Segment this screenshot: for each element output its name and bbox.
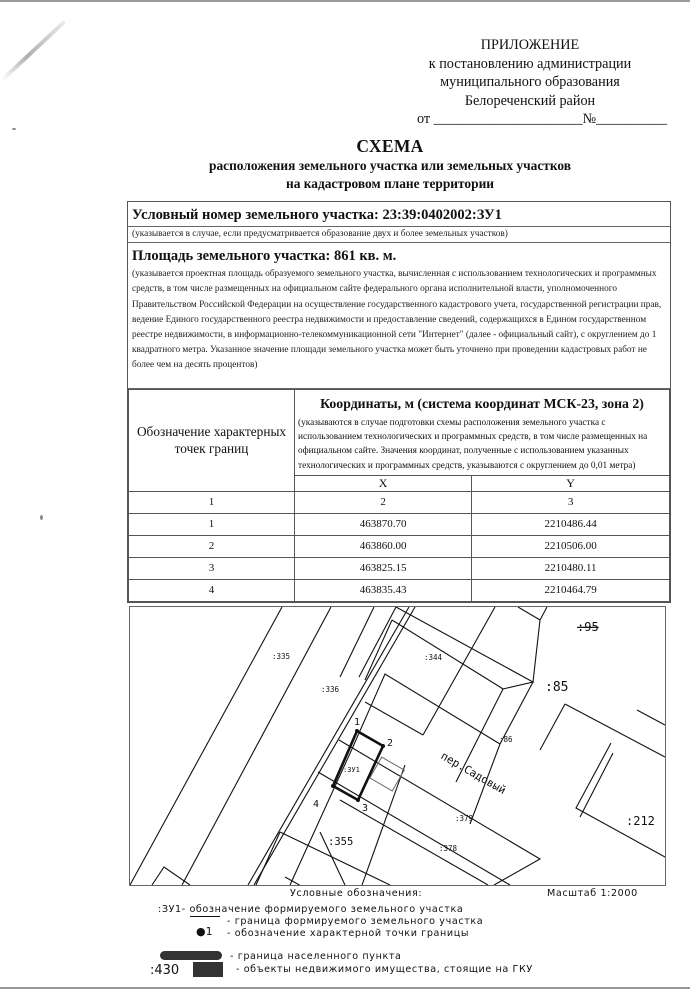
y-value: 2210506.00 (472, 535, 670, 557)
y-value: 2210464.79 (472, 579, 670, 601)
x-value: 463825.15 (295, 557, 472, 579)
title-main: СХЕМА (130, 136, 650, 156)
settlement-boundary-symbol (160, 951, 222, 960)
x-value: 463860.00 (295, 535, 472, 557)
objects-symbol-label: :430 (150, 963, 179, 978)
parcel-number-block: Условный номер земельного участка: 23:39… (128, 202, 670, 227)
scan-bottom-edge (0, 987, 690, 989)
point-number: 4 (129, 579, 295, 601)
label-parcel-86: :86 (499, 735, 513, 744)
point-symbol: ●1 (196, 925, 213, 938)
label-parcel-335: :335 (272, 652, 290, 661)
label-parcel-336: :336 (321, 685, 340, 694)
x-value: 463835.43 (295, 579, 472, 601)
table-row: 2 463860.00 2210506.00 (129, 535, 670, 557)
column-number: 2 (295, 491, 472, 513)
label-point-4: 4 (313, 799, 319, 810)
parcel-number-note-block: (указывается в случае, если предусматрив… (128, 227, 670, 243)
parcel-area: Площадь земельного участка: 861 кв. м. (132, 243, 666, 267)
number-sign: № (583, 111, 597, 127)
label-parcel-212: :212 (626, 814, 655, 828)
appendix-date-row: от _____________________№__________ (380, 110, 680, 129)
title-subtitle: расположения земельного участка или земе… (130, 157, 650, 175)
table-row: 3 463825.15 2210480.11 (129, 557, 670, 579)
coordinates-note: (указываются в случае подготовки схемы р… (298, 416, 666, 473)
cadastral-map: :335 :336 :344 :95 :85 :86 :ЗУ1 :379 :37… (129, 606, 666, 886)
label-parcel-355: :355 (328, 836, 353, 848)
label-parcel-85: :85 (545, 680, 568, 695)
x-header: X (295, 475, 472, 491)
appendix-district: Белореченский район (380, 92, 680, 111)
parcel-form: Условный номер земельного участка: 23:39… (127, 201, 671, 603)
y-value: 2210480.11 (472, 557, 670, 579)
label-parcel-378: :378 (439, 844, 458, 853)
x-value: 463870.70 (295, 513, 472, 535)
parcel-boundaries (130, 607, 665, 885)
point-number: 3 (129, 557, 295, 579)
label-parcel-zu1: :ЗУ1 (343, 766, 360, 774)
coordinates-table: Обозначение характерных точек границ Коо… (128, 389, 670, 602)
legend-title: Условные обозначения: (290, 888, 422, 899)
label-parcel-95: :95 (577, 620, 599, 634)
legend-item-point: - обозначение характерной точки границы (227, 928, 469, 939)
y-value: 2210486.44 (472, 513, 670, 535)
title-subtitle-2: на кадастровом плане территории (130, 175, 650, 193)
column-number: 3 (472, 491, 670, 513)
label-parcel-379: :379 (455, 814, 473, 823)
map-scale: Масштаб 1:2000 (547, 888, 638, 899)
parcel-number-note: (указывается в случае, если предусматрив… (132, 227, 666, 242)
coordinates-header: Координаты, м (система координат МСК-23,… (295, 389, 670, 475)
label-point-3: 3 (362, 803, 368, 814)
column-number: 1 (129, 491, 295, 513)
appendix-line: муниципального образования (380, 73, 680, 92)
legend-item-formed-parcel: :ЗУ1- обозначение формируемого земельног… (158, 904, 463, 915)
table-row: 4 463835.43 2210464.79 (129, 579, 670, 601)
label-point-2: 2 (387, 738, 393, 749)
scan-artifact-streak (1, 20, 67, 82)
coordinates-title: Координаты, м (система координат МСК-23,… (298, 396, 666, 412)
document-title: СХЕМА расположения земельного участка ил… (130, 136, 650, 193)
legend-item-objects: - объекты недвижимого имущества, стоящие… (236, 964, 533, 975)
boundary-line-symbol (190, 916, 220, 917)
point-number: 1 (129, 513, 295, 535)
label-street: пер.Садовый (439, 749, 509, 797)
scan-speck (12, 128, 16, 130)
scan-top-edge (0, 0, 690, 2)
appendix-header: ПРИЛОЖЕНИЕ к постановлению администрации… (380, 36, 680, 129)
points-column-header: Обозначение характерных точек границ (129, 389, 295, 491)
scan-speck (40, 515, 43, 520)
legend-item-settlement: - граница населенного пункта (230, 951, 402, 962)
map-drawing: :335 :336 :344 :95 :85 :86 :ЗУ1 :379 :37… (130, 607, 665, 885)
appendix-title: ПРИЛОЖЕНИЕ (380, 36, 680, 55)
map-legend: Условные обозначения: Масштаб 1:2000 :ЗУ… (130, 888, 690, 988)
y-header: Y (472, 475, 670, 491)
parcel-area-note: (указывается проектная площадь образуемо… (132, 267, 666, 387)
table-row: 1 463870.70 2210486.44 (129, 513, 670, 535)
date-blank: _____________________ (434, 111, 583, 127)
appendix-line: к постановлению администрации (380, 55, 680, 74)
legend-item-boundary: - граница формируемого земельного участк… (227, 916, 483, 927)
parcel-number: Условный номер земельного участка: 23:39… (132, 202, 666, 226)
point-number: 2 (129, 535, 295, 557)
label-point-1: 1 (354, 717, 360, 728)
date-prefix: от (417, 111, 430, 127)
parcel-area-block: Площадь земельного участка: 861 кв. м. (… (128, 243, 670, 388)
map-labels: :335 :336 :344 :95 :85 :86 :ЗУ1 :379 :37… (272, 620, 655, 853)
column-number-row: 1 2 3 (129, 491, 670, 513)
objects-symbol-box (193, 962, 223, 977)
number-blank: __________ (596, 111, 667, 127)
label-parcel-344: :344 (424, 653, 443, 662)
